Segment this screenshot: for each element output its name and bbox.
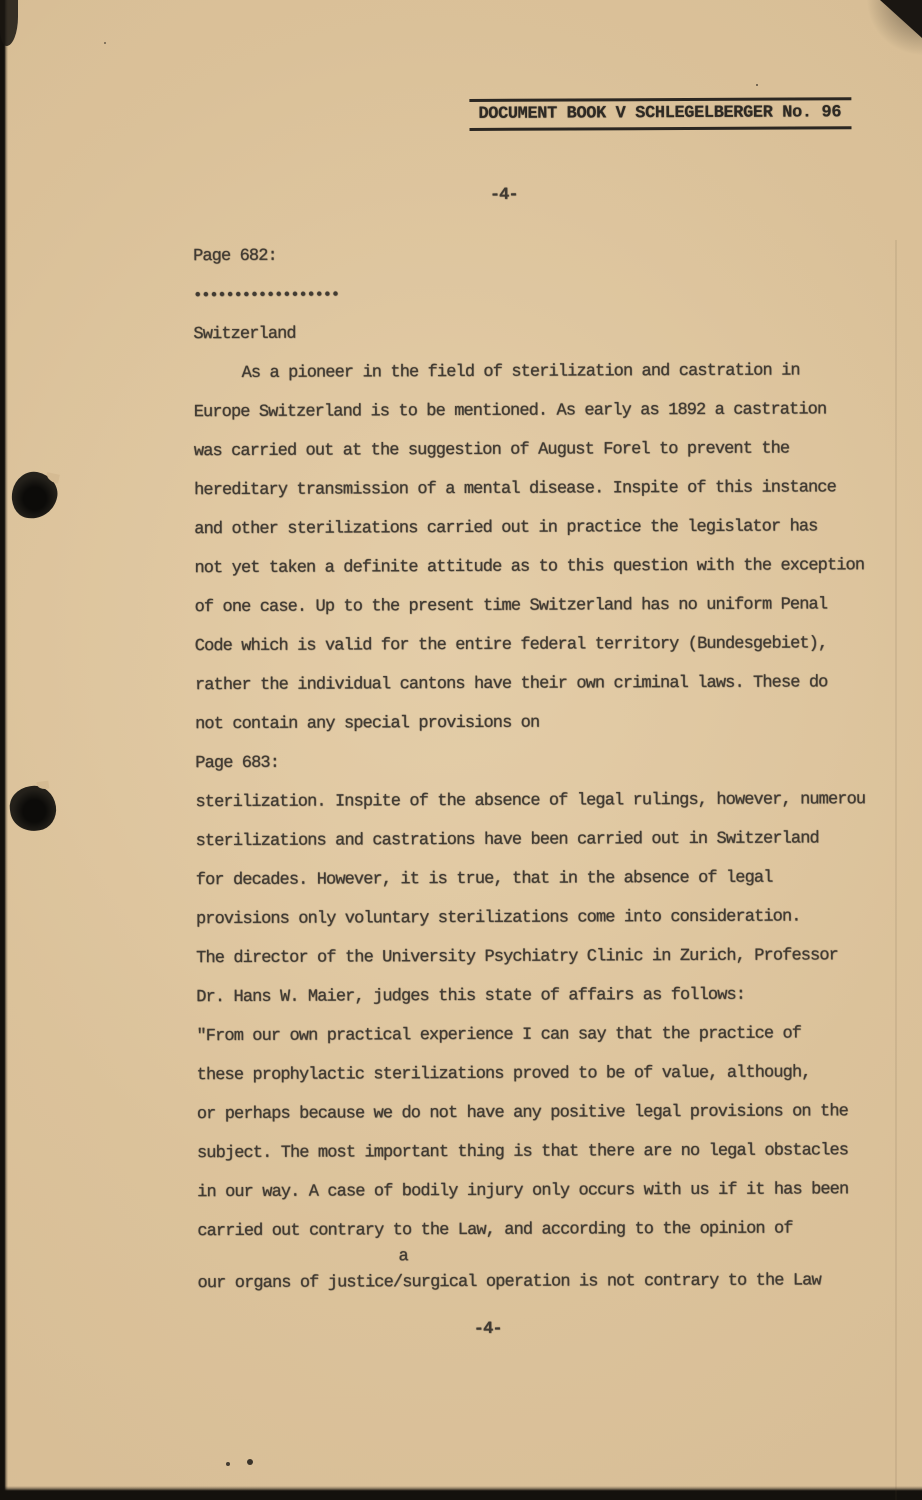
document-scan-page: DOCUMENT BOOK V SCHLEGELBERGER No. 96 -4… [0,0,922,1500]
text-line: Code which is valid for the entire feder… [195,624,895,666]
text-line: was carried out at the suggestion of Aug… [194,429,894,471]
text-line: sterilizations and castrations have been… [196,819,896,861]
body-text: Page 682:••••••••••••••••••SwitzerlandAs… [193,234,898,1303]
text-line: As a pioneer in the field of sterilizati… [193,351,893,393]
page-ref-682: Page 682: [193,234,893,276]
text-line: carried out contrary to the Law, and acc… [197,1209,897,1251]
section-heading: Switzerland [193,312,893,354]
text-line: and other sterilizations carried out in … [194,507,894,549]
dotted-separator: •••••••••••••••••• [193,273,893,315]
page-content: DOCUMENT BOOK V SCHLEGELBERGER No. 96 -4… [0,0,922,1500]
text-line: rather the individual cantons have their… [195,663,895,705]
text-line: not contain any special provisions on [195,702,895,744]
text-line: for decades. However, it is true, that i… [196,858,896,900]
text-line: Dr. Hans W. Maier, judges this state of … [196,975,896,1017]
text-line: The director of the University Psychiatr… [196,936,896,978]
text-line: in our way. A case of bodily injury only… [197,1170,897,1212]
text-line: "From our own practical experience I can… [196,1014,896,1056]
text-line: subject. The most important thing is tha… [197,1131,897,1173]
text-line: of one case. Up to the present time Swit… [195,585,895,627]
page-ref-683: Page 683: [195,741,895,783]
text-line: these prophylactic sterilizations proved… [197,1053,897,1095]
text-line: or perhaps because we do not have any po… [197,1092,897,1134]
text-line: not yet taken a definite attitude as to … [194,546,894,588]
text-line: our organs of justice/surgical operation… [197,1261,897,1303]
page-number-top: -4- [490,186,518,205]
text-line: provisions only voluntary sterilizations… [196,897,896,939]
text-line: hereditary transmission of a mental dise… [194,468,894,510]
text-line: sterilization. Inspite of the absence of… [195,780,895,822]
document-header-stamp: DOCUMENT BOOK V SCHLEGELBERGER No. 96 [469,97,851,131]
text-line: Europe Switzerland is to be mentioned. A… [194,390,894,432]
page-number-bottom: -4- [474,1320,502,1339]
